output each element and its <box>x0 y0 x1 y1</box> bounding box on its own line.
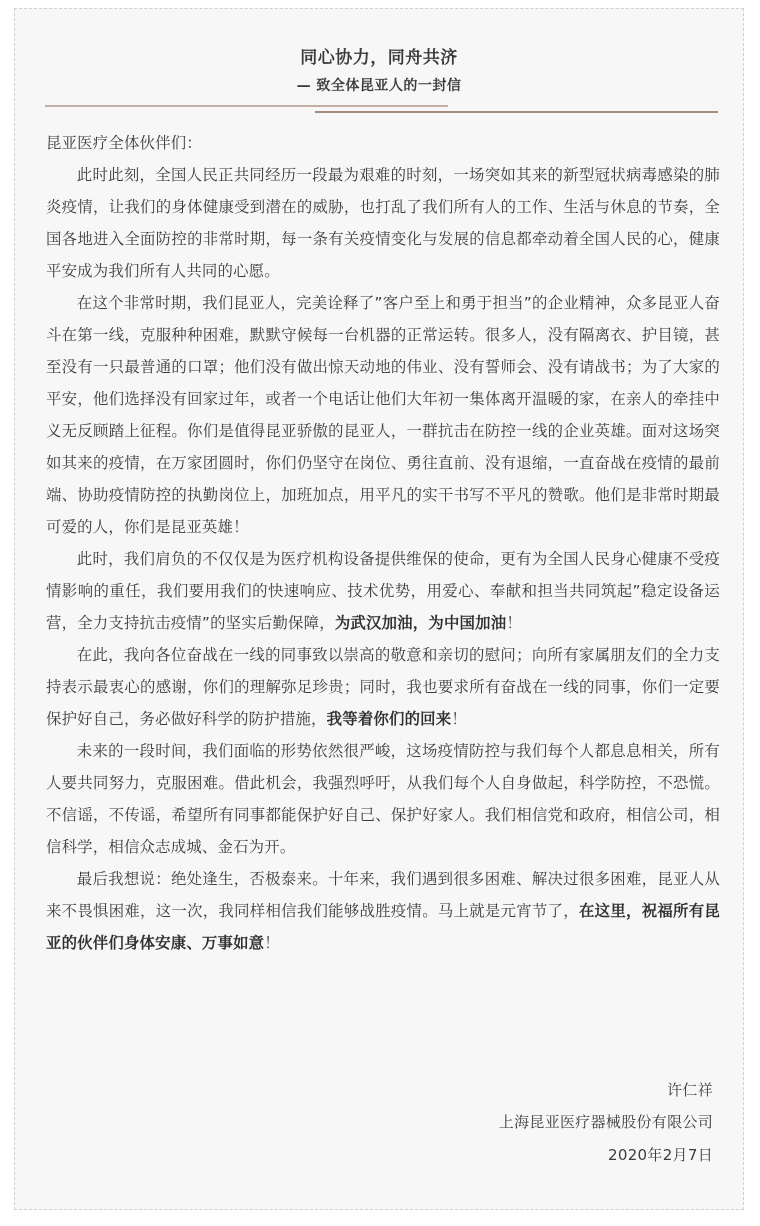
paragraph-1: 此时此刻，全国人民正共同经历一段最为艰难的时刻，一场突如其来的新型冠状病毒感染的… <box>46 159 720 287</box>
signature-name: 许仁祥 <box>667 1079 713 1100</box>
signature-date: 2020年2月7日 <box>608 1144 713 1165</box>
paragraph-tail: ！ <box>264 934 280 952</box>
decorative-divider-top <box>45 105 448 107</box>
paragraph-5: 未来的一段时间，我们面临的形势依然很严峻，这场疫情防控与我们每个人都息息相关，所… <box>46 735 720 863</box>
paragraph-2: 在这个非常时期，我们昆亚人，完美诠释了”客户至上和勇于担当”的企业精神，众多昆亚… <box>46 287 720 543</box>
paragraph-text: 此时此刻，全国人民正共同经历一段最为艰难的时刻，一场突如其来的新型冠状病毒感染的… <box>46 166 720 280</box>
signature-company: 上海昆亚医疗器械股份有限公司 <box>499 1111 713 1132</box>
paragraph-text: 在这个非常时期，我们昆亚人，完美诠释了”客户至上和勇于担当”的企业精神，众多昆亚… <box>46 294 720 536</box>
letter-card: 同心协力，同舟共济 — 致全体昆亚人的一封信 昆亚医疗全体伙伴们： 此时此刻，全… <box>14 8 744 1210</box>
paragraph-tail: ！ <box>451 710 467 728</box>
paragraph-6: 最后我想说：绝处逢生，否极泰来。十年来，我们遇到很多困难、解决过很多困难，昆亚人… <box>46 863 720 959</box>
decorative-divider-bottom <box>315 111 718 113</box>
emphasis-text: 我等着你们的回来 <box>327 710 452 728</box>
paragraph-text: 未来的一段时间，我们面临的形势依然很严峻，这场疫情防控与我们每个人都息息相关，所… <box>46 742 720 856</box>
paragraph-3: 此时，我们肩负的不仅仅是为医疗机构设备提供维保的使命，更有为全国人民身心健康不受… <box>46 543 720 639</box>
paragraph-4: 在此，我向各位奋战在一线的同事致以崇高的敬意和亲切的慰问；向所有家属朋友们的全力… <box>46 639 720 735</box>
letter-subtitle: — 致全体昆亚人的一封信 <box>15 75 743 95</box>
paragraph-tail: ！ <box>506 614 522 632</box>
greeting: 昆亚医疗全体伙伴们： <box>46 127 720 159</box>
letter-body: 昆亚医疗全体伙伴们： 此时此刻，全国人民正共同经历一段最为艰难的时刻，一场突如其… <box>46 127 720 959</box>
letter-title: 同心协力，同舟共济 <box>15 43 743 68</box>
emphasis-text: 为武汉加油，为中国加油 <box>335 614 507 632</box>
